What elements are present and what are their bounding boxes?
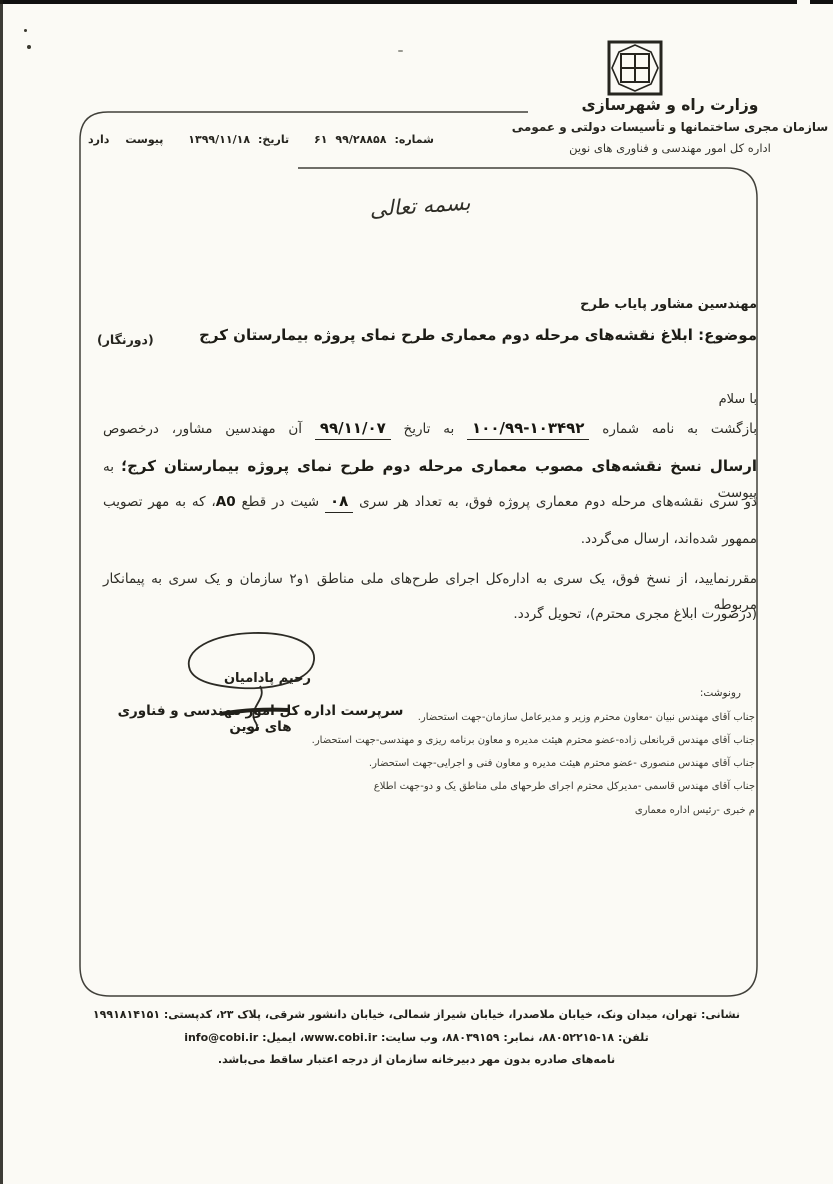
date-label: تاریخ: bbox=[258, 133, 289, 146]
body-text: بازگشت به نامه شماره bbox=[589, 421, 757, 437]
footer-contact: تلفن: ۱۸-۸۸۰۵۲۲۱۵، نمابر: ۸۸۰۳۹۱۵۹، وب س… bbox=[0, 1031, 833, 1044]
footer-validity-note: نامه‌های صادره بدون مهر دبیرخانه سازمان … bbox=[0, 1053, 833, 1066]
body-paragraph-1-line-1: بازگشت به نامه شماره ۱۰۰/۹۹-۱۰۳۴۹۲ به تا… bbox=[103, 416, 787, 442]
cc-item: جناب آقای مهندس منصوری -عضو محترم هیئت م… bbox=[369, 758, 755, 769]
paper-size-code: A0 bbox=[216, 494, 236, 510]
handwritten-reference-number: ۱۰۰/۹۹-۱۰۳۴۹۲ bbox=[467, 418, 589, 440]
body-text: دو سری نقشه‌های مرحله دوم معماری پروژه ف… bbox=[353, 494, 757, 510]
body-paragraph-1-line-3: دو سری نقشه‌های مرحله دوم معماری پروژه ف… bbox=[103, 489, 757, 515]
department-name: اداره کل امور مهندسی و فناوری های نوین bbox=[505, 141, 833, 155]
body-text: آن مهندسین مشاور، درخصوص bbox=[103, 421, 315, 437]
attachment-label: پیوست bbox=[125, 133, 163, 146]
date-value: ۱۳۹۹/۱۱/۱۸ bbox=[188, 133, 250, 146]
number-label: شماره: bbox=[394, 133, 434, 146]
number-suffix: ۶۱ bbox=[314, 133, 327, 146]
body-text: ، که به مهر تصویب bbox=[103, 494, 216, 510]
body-paragraph-2-line-2: (درصورت ابلاغ مجری محترم)، تحویل گردد. bbox=[103, 601, 757, 627]
cc-item: جناب آقای مهندس قربانعلی زاده-عضو محترم … bbox=[312, 735, 755, 746]
attachment-field: پیوست دارد bbox=[88, 133, 163, 146]
scanned-letter-page: وزارت راه و شهرسازی سازمان مجری ساختمانه… bbox=[0, 0, 833, 1184]
cc-item: جناب آقای مهندس نبیان -معاون محترم وزیر … bbox=[418, 712, 755, 723]
organization-name: سازمان مجری ساختمانها و تأسیسات دولتی و … bbox=[505, 120, 833, 134]
body-text: شیت در قطع bbox=[236, 494, 325, 510]
cc-item: جناب آقای مهندس قاسمی -مدیرکل محترم اجرا… bbox=[374, 781, 755, 792]
body-paragraph-1-line-4: ممهور شده‌اند، ارسال می‌گردد. bbox=[103, 526, 757, 552]
cc-item: م خبری -رئیس اداره معماری bbox=[635, 805, 755, 816]
handwritten-sheet-count: ۰۸ bbox=[325, 491, 353, 513]
signatory-title: سرپرست اداره کل امور مهندسی و فناوری های… bbox=[103, 703, 418, 735]
letter-meta-fields: شماره: ۹۹/۲۸۸۵۸ ۶۱ تاریخ: ۱۳۹۹/۱۱/۱۸ پیو… bbox=[88, 133, 434, 146]
cc-label: رونوشت: bbox=[700, 687, 741, 699]
ministry-emblem-icon bbox=[607, 40, 663, 96]
number-field: شماره: ۹۹/۲۸۸۵۸ ۶۱ bbox=[314, 133, 434, 146]
fax-note: (دورنگار) bbox=[97, 332, 154, 347]
footer-address: نشانی: تهران، میدان ونک، خیابان ملاصدرا،… bbox=[0, 1008, 833, 1021]
handwritten-reference-date: ۹۹/۱۱/۰۷ bbox=[315, 418, 391, 440]
subject-line: موضوع: ابلاغ نقشه‌های مرحله دوم معماری ط… bbox=[199, 326, 757, 344]
attachment-value: دارد bbox=[88, 133, 109, 146]
salutation: با سلام bbox=[719, 392, 757, 407]
date-field: تاریخ: ۱۳۹۹/۱۱/۱۸ bbox=[188, 133, 289, 146]
letterhead-org-block: وزارت راه و شهرسازی سازمان مجری ساختمانه… bbox=[505, 96, 833, 155]
body-text: به تاریخ bbox=[391, 421, 467, 437]
addressee: مهندسین مشاور پایاب طرح bbox=[580, 297, 757, 312]
body-text-bold: ارسال نسخ نقشه‌های مصوب معماری مرحله دوم… bbox=[121, 457, 757, 475]
ministry-name: وزارت راه و شهرسازی bbox=[505, 96, 833, 114]
signatory-name: رحیم پادامیان bbox=[210, 671, 325, 686]
number-value: ۹۹/۲۸۸۵۸ bbox=[335, 133, 386, 146]
